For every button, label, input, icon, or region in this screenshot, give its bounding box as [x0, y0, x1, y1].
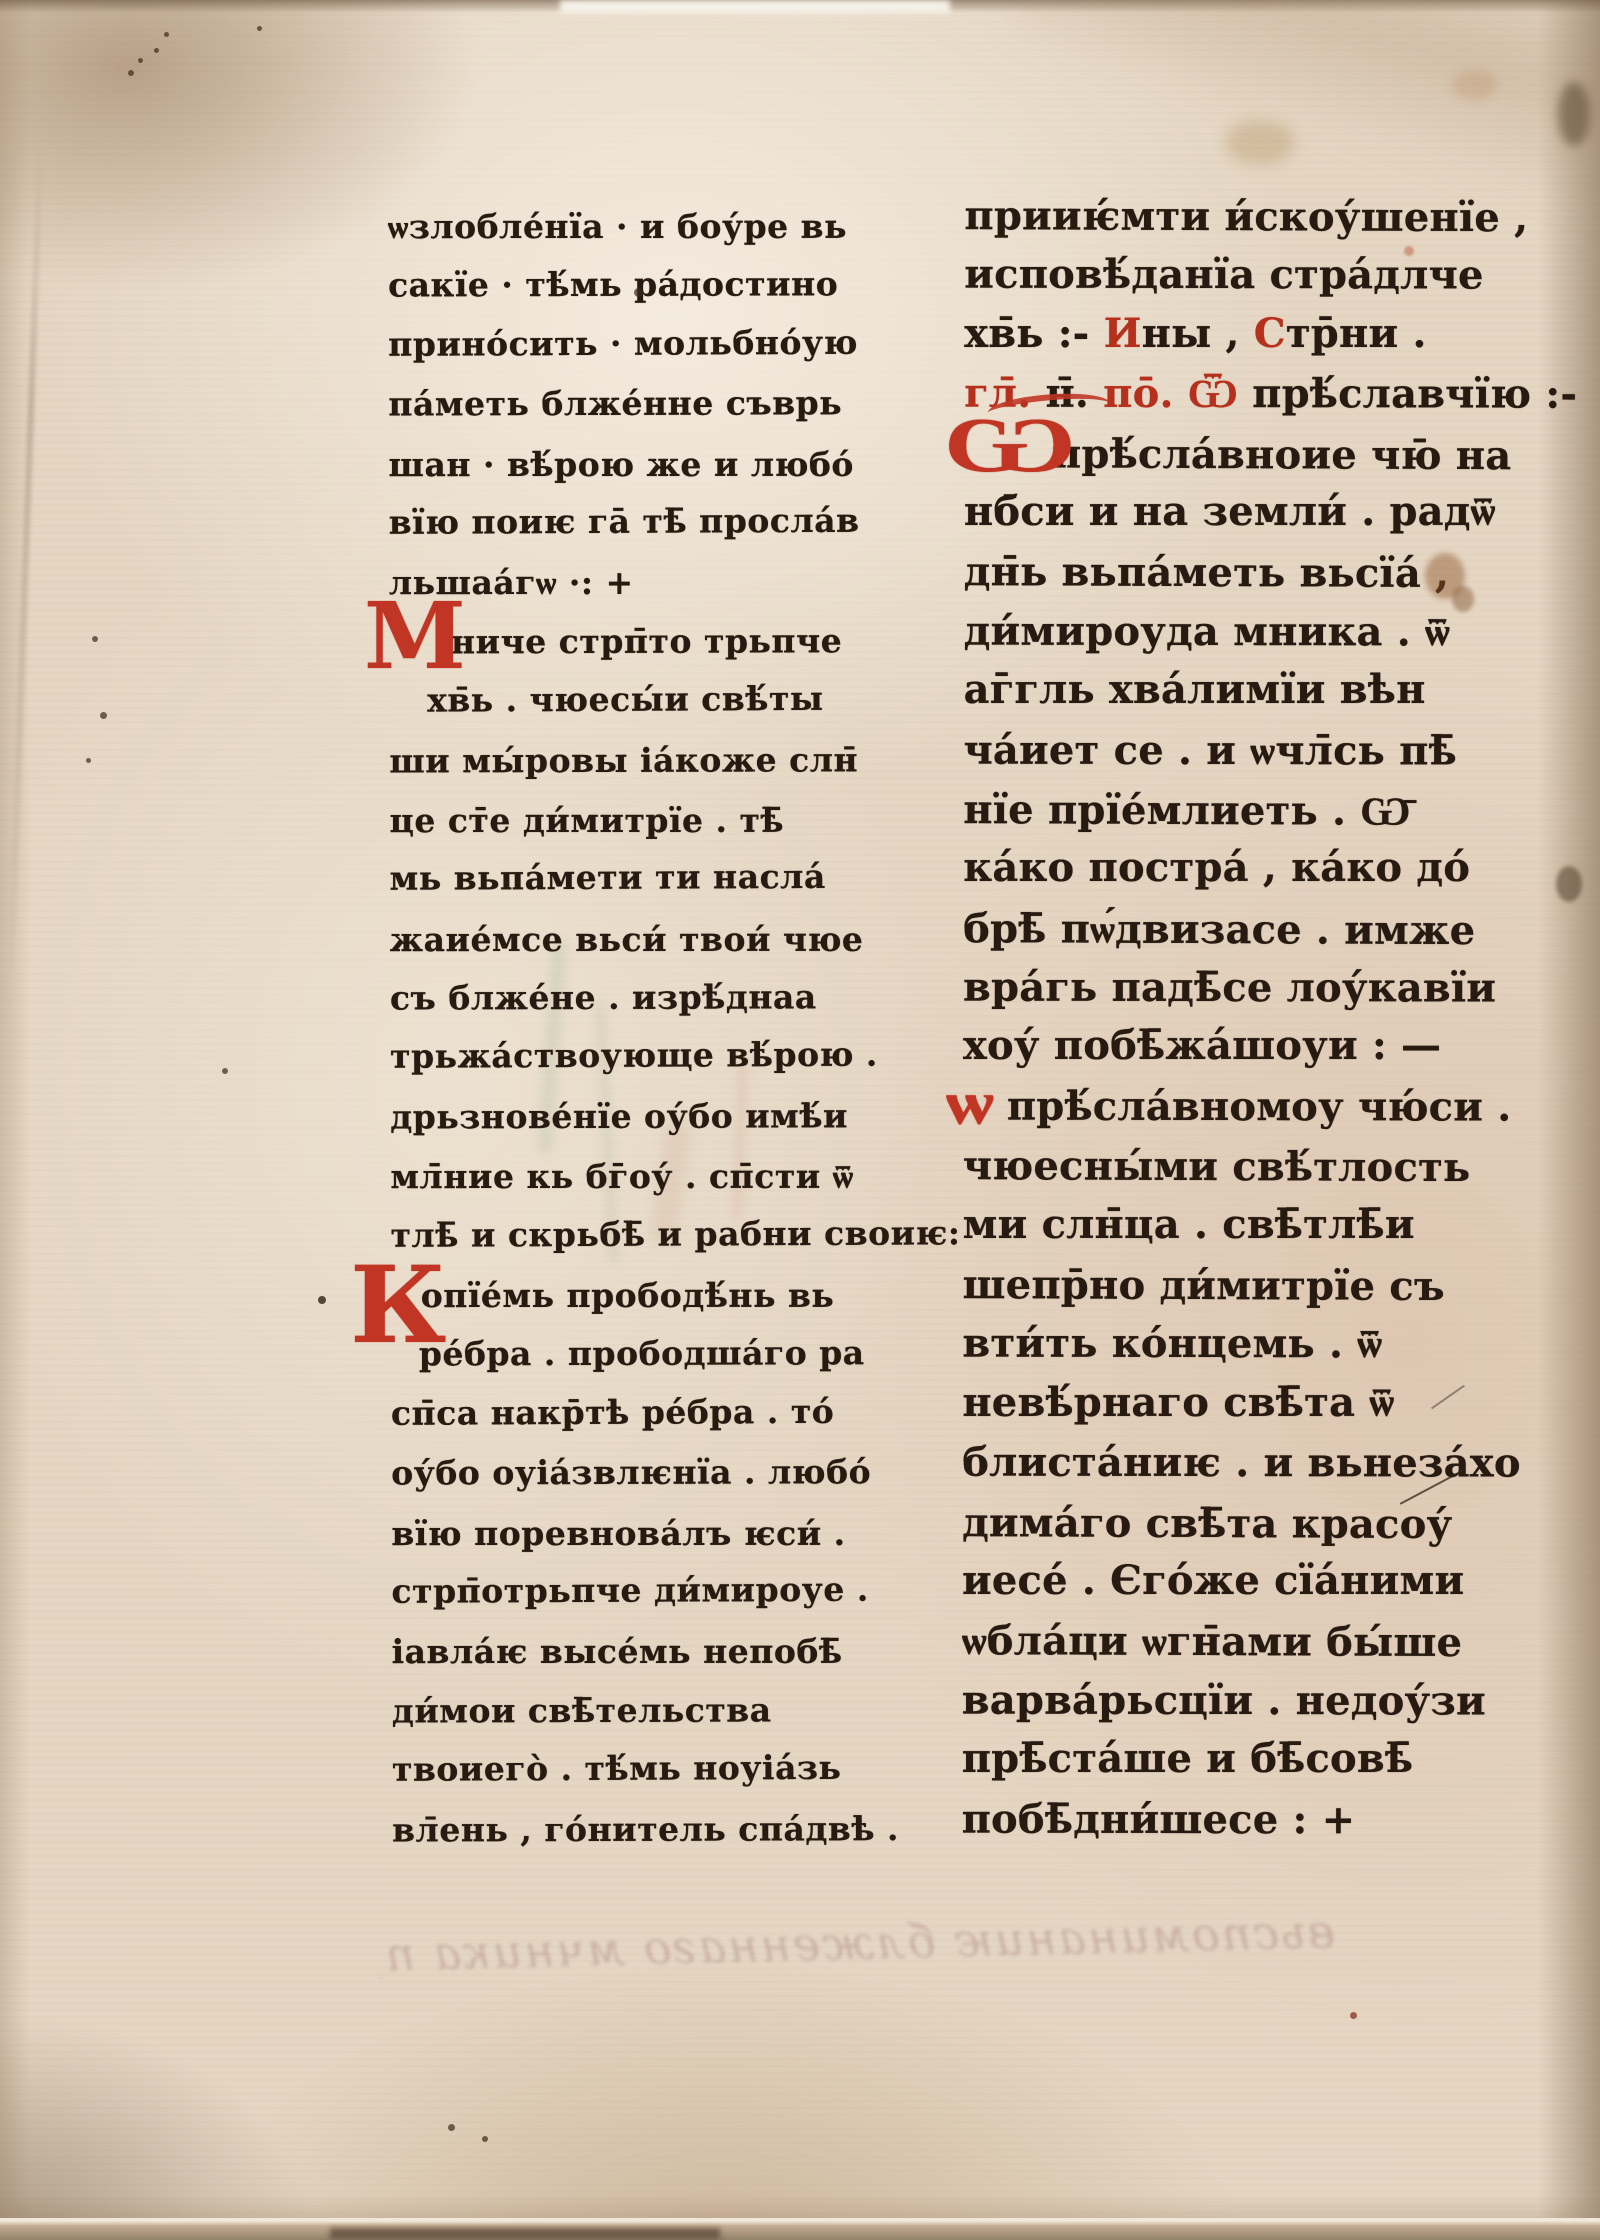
ink-text: ка́ко постра́ , ка́ко до́ — [963, 844, 1470, 891]
ink-text: вти́ть ко́нцемь . ѿ — [962, 1320, 1382, 1368]
ink-speck — [138, 58, 143, 63]
text-line: дима́го свѣ̄та красоу́ — [962, 1493, 1417, 1554]
ink-text: ди́мироуда мника . ѿ — [964, 607, 1450, 655]
ink-text: ди́мои свѣ̄тельства — [392, 1690, 772, 1730]
stain — [1558, 82, 1590, 146]
ink-text: шепр̄но ди́митрїе съ — [962, 1261, 1444, 1310]
text-line: прино́сить · мольбно́ую — [388, 313, 758, 374]
ink-text: прѣ̄ста́ше и бѣ̄совѣ̄ — [962, 1735, 1414, 1782]
ink-speck — [154, 48, 159, 53]
text-line: прѣ̄ста́ше и бѣ̄совѣ̄ — [962, 1729, 1417, 1788]
ink-text: вл̄ень , го́нитель спа́двѣ . — [392, 1809, 899, 1849]
ink-text: ча́иет се . и ѡчл̄сь пѣ̄ — [963, 726, 1457, 774]
text-line: па́меть блже́нне съврь — [388, 374, 758, 434]
deckle-edge — [560, 0, 950, 13]
wormhole — [318, 1296, 326, 1304]
text-line: стрп̄отрьпче ди́мироуе . — [391, 1560, 761, 1621]
text-line: ѡбла́ци ѡгн̄ами бы́ше — [962, 1612, 1417, 1673]
show-through-text: вьспоминаниѥ блженнаго мчника прѣславнаг… — [379, 1886, 1336, 1999]
ink-text: аг̄гль хва́лимїи вѣн — [964, 666, 1426, 713]
ink-text: хв̄ь :- — [964, 310, 1103, 357]
ink-text: съ блже́не . изрѣ́днаа — [390, 977, 817, 1017]
ink-text: стрп̄отрьпче ди́мироуе . — [391, 1570, 868, 1611]
ink-text: прѣ́сла́вноие чю̄ на — [1052, 430, 1512, 479]
text-line: иесе́ . Єго́же сїа́ними — [962, 1551, 1417, 1610]
ink-text: тр̄ни . — [1286, 310, 1427, 357]
text-line: побѣ̄дни́шесе : + — [962, 1789, 1417, 1849]
ink-text: ши мы́ровы іа́коже слн̄ — [389, 740, 858, 780]
text-line: ди́мироуда мника . ѿ — [964, 601, 1419, 661]
ink-text: чюесны́ми свѣ́тлость — [963, 1142, 1471, 1191]
text-line: дн̄ь вьпа́меть вьсїа́ , — [964, 542, 1419, 603]
text-line: нїе прїе́млиеть . Ѡ̄ — [963, 780, 1418, 841]
ink-text: прино́сить · мольбно́ую — [388, 323, 858, 364]
ink-speck — [128, 70, 134, 76]
ink-text: ниче стрп̄то трьпче — [451, 621, 842, 661]
stain — [1556, 866, 1582, 902]
text-line: вти́ть ко́нцемь . ѿ — [962, 1314, 1417, 1374]
ink-text: нб̄си и на земли́ . радѿ — [964, 488, 1496, 535]
ink-text: нїе прїе́млиеть . Ѡ̄ — [963, 786, 1410, 835]
text-line: ди́мои свѣ̄тельства — [392, 1680, 762, 1740]
manuscript-photo: ѡзлобле́нїа · и боу́ре вьсакїе · тѣ́мь р… — [0, 0, 1600, 2240]
text-line: ча́иет се . и ѡчл̄сь пѣ̄ — [963, 720, 1418, 780]
text-line: исповѣ́данїа стра́длче — [964, 245, 1419, 305]
ink-text: ре́бра . прободша́го ра — [419, 1334, 865, 1374]
ink-text: прѣ́сла́вномоу чю́си . — [1007, 1083, 1512, 1131]
text-line: дрьзнове́нїе оу́бо имѣ́и — [390, 1086, 760, 1146]
ink-text: исповѣ́данїа стра́длче — [964, 251, 1484, 299]
text-line: вл̄ень , го́нитель спа́двѣ . — [392, 1799, 762, 1859]
ink-text: брѣ̄ пѡ́двизасе . имже — [963, 905, 1475, 954]
text-line: твоиего̀ . тѣ́мь ноуіа́зь — [392, 1738, 762, 1799]
rubric-text: по̄. — [1103, 370, 1188, 417]
ink-text: прѣ́славчїю :- — [1252, 370, 1577, 418]
parchment-page: ѡзлобле́нїа · и боу́ре вьсакїе · тѣ́мь р… — [0, 0, 1600, 2240]
ink-text: ми слн̄ца . свѣ̄тлѣ̄и — [963, 1201, 1415, 1248]
ink-speck — [482, 2136, 488, 2142]
text-line: вїю поиѥ га̄ тѣ̄ просла́в — [389, 491, 759, 552]
ink-text: хоу́ побѣ̄жа́шоуи : — — [963, 1022, 1441, 1069]
ink-text: мл̄ние кь бг̄оу́ . сп̄сти ѿ — [390, 1157, 853, 1196]
ink-text: вїю поиѥ га̄ тѣ̄ просла́в — [389, 501, 860, 542]
text-line: жаие́мсе вьси́ твои́ чюе — [390, 910, 760, 970]
ink-text: дрьзнове́нїе оу́бо имѣ́и — [390, 1096, 848, 1136]
text-line: сп̄са накр̄тѣ ре́бра . то́ — [391, 1382, 761, 1443]
ink-text: вїю поревнова́лъ ѥси́ . — [391, 1513, 845, 1552]
ink-text: па́меть блже́нне съврь — [388, 383, 842, 423]
ink-text: прииѥ́мти и́скоу́шенїе , — [964, 192, 1528, 241]
ink-text: хв̄ь . чюесы́и свѣ́ты — [427, 679, 824, 720]
stain — [1225, 120, 1295, 165]
text-line: іавла́ѥ высе́мь непобѣ̄ — [392, 1622, 762, 1682]
text-line: невѣ́рнаго свѣ̄та ѿ — [962, 1373, 1417, 1432]
ink-text: шан · вѣ́рою же и любо́ — [389, 444, 854, 483]
text-line: аг̄гль хва́лимїи вѣн — [964, 660, 1419, 719]
page-bottom-edge-shadow — [330, 2228, 720, 2239]
text-line: ѡзлобле́нїа · и боу́ре вь — [388, 197, 758, 257]
text-line: трьжа́ствоующе вѣ́рою . — [390, 1026, 760, 1087]
ink-text: дн̄ь вьпа́меть вьсїа́ , — [964, 548, 1450, 597]
ink-text: трьжа́ствоующе вѣ́рою . — [390, 1035, 878, 1076]
text-line: блиста́ниѥ . и вьнеза́хо — [962, 1433, 1417, 1493]
page-bottom-edge — [0, 2218, 1600, 2240]
text-line: мь вьпа́мети ти насла́ — [389, 847, 759, 908]
ink-speck — [257, 26, 262, 31]
ink-text: варва́рьсцїи . недоу́зи — [962, 1676, 1486, 1724]
rubric-text: С — [1254, 310, 1286, 357]
ink-text: сакїе · тѣ́мь ра́достино — [388, 265, 838, 305]
ink-text: иесе́ . Єго́же сїа́ними — [962, 1557, 1464, 1604]
ink-text: твоиего̀ . тѣ́мь ноуіа́зь — [392, 1748, 842, 1789]
text-line: вїю поревнова́лъ ѥси́ . — [391, 1503, 761, 1563]
ink-text: опїе́мь прободѣ́нь вь — [421, 1276, 835, 1315]
parchment-crease — [7, 150, 43, 1010]
text-line: мл̄ние кь бг̄оу́ . сп̄сти ѿ — [390, 1147, 760, 1207]
text-line: вра́гь падѣ̄се лоу́кавїи — [963, 958, 1418, 1018]
text-line: варва́рьсцїи . недоу́зи — [962, 1670, 1417, 1730]
stain — [1452, 70, 1498, 100]
text-line: нб̄си и на земли́ . радѿ — [964, 482, 1419, 541]
rubric-initial: ѡ — [946, 1072, 994, 1134]
text-line: ка́ко постра́ , ка́ко до́ — [963, 838, 1418, 897]
text-line: ми слн̄ца . свѣ̄тлѣ̄и — [963, 1195, 1418, 1254]
text-line: сакїе · тѣ́мь ра́достино — [388, 255, 758, 315]
ink-speck — [448, 2124, 455, 2131]
ink-text: тлѣ̄ и скрьбѣ̄ и рабни своиѥ: — [390, 1213, 960, 1254]
text-line: шепр̄но ди́митрїе съ — [962, 1255, 1417, 1316]
ink-text: ны , — [1142, 310, 1254, 357]
ink-text: блиста́ниѥ . и вьнеза́хо — [962, 1439, 1521, 1487]
text-line: съ блже́не . изрѣ́днаа — [390, 968, 760, 1028]
rubric-text: Ѿ — [1188, 370, 1252, 417]
ink-text: це ст̄е ди́митрїе . тѣ̄ — [389, 801, 784, 840]
ink-speck — [164, 32, 169, 37]
stray-pen-stroke — [1431, 1385, 1465, 1410]
stain — [1404, 246, 1414, 256]
rubric-initial: К — [350, 1252, 446, 1358]
ink-text: мь вьпа́мети ти насла́ — [390, 857, 826, 898]
text-line: шан · вѣ́рою же и любо́ — [389, 434, 759, 494]
ink-text: вра́гь падѣ̄се лоу́кавїи — [963, 964, 1496, 1012]
text-line: прѣ́сла́вномоу чю́си . — [963, 1076, 1418, 1136]
text-line: хоу́ побѣ̄жа́шоуи : — — [963, 1016, 1418, 1075]
ink-speck — [222, 1068, 228, 1074]
ink-speck — [100, 712, 107, 719]
text-line: прииѥ́мти и́скоу́шенїе , — [964, 186, 1419, 247]
rubric-text: И — [1104, 310, 1142, 357]
ink-speck — [634, 288, 643, 297]
ink-text: дима́го свѣ̄та красоу́ — [962, 1499, 1452, 1548]
ink-speck — [1350, 2012, 1357, 2019]
ink-text: ѡбла́ци ѡгн̄ами бы́ше — [962, 1618, 1462, 1667]
ink-text: жаие́мсе вьси́ твои́ чюе — [390, 920, 864, 959]
ink-text: побѣ̄дни́шесе : + — [962, 1795, 1356, 1843]
text-column-left: ѡзлобле́нїа · и боу́ре вьсакїе · тѣ́мь р… — [388, 196, 762, 1860]
text-line: чюесны́ми свѣ́тлость — [963, 1136, 1418, 1197]
ink-text: сп̄са накр̄тѣ ре́бра . то́ — [391, 1392, 834, 1433]
text-line: брѣ̄ пѡ́двизасе . имже — [963, 899, 1418, 960]
ink-text: невѣ́рнаго свѣ̄та ѿ — [962, 1379, 1394, 1426]
ink-speck — [92, 636, 98, 642]
text-line: хв̄ь :- Ины , Стр̄ни . — [964, 304, 1419, 363]
text-line: це ст̄е ди́митрїе . тѣ̄ — [389, 791, 759, 851]
text-line: оу́бо оуіа́звлѥнїа . любо́ — [391, 1443, 761, 1503]
ink-text: ѡзлобле́нїа · и боу́ре вь — [388, 207, 847, 246]
ink-text: іавла́ѥ высе́мь непобѣ̄ — [392, 1632, 843, 1671]
ink-text: оу́бо оуіа́звлѥнїа . любо́ — [391, 1452, 871, 1492]
rubric-initial: М — [364, 590, 466, 682]
stain — [1452, 586, 1474, 612]
text-line: ши мы́ровы іа́коже слн̄ — [389, 730, 759, 790]
ink-speck — [86, 758, 91, 763]
